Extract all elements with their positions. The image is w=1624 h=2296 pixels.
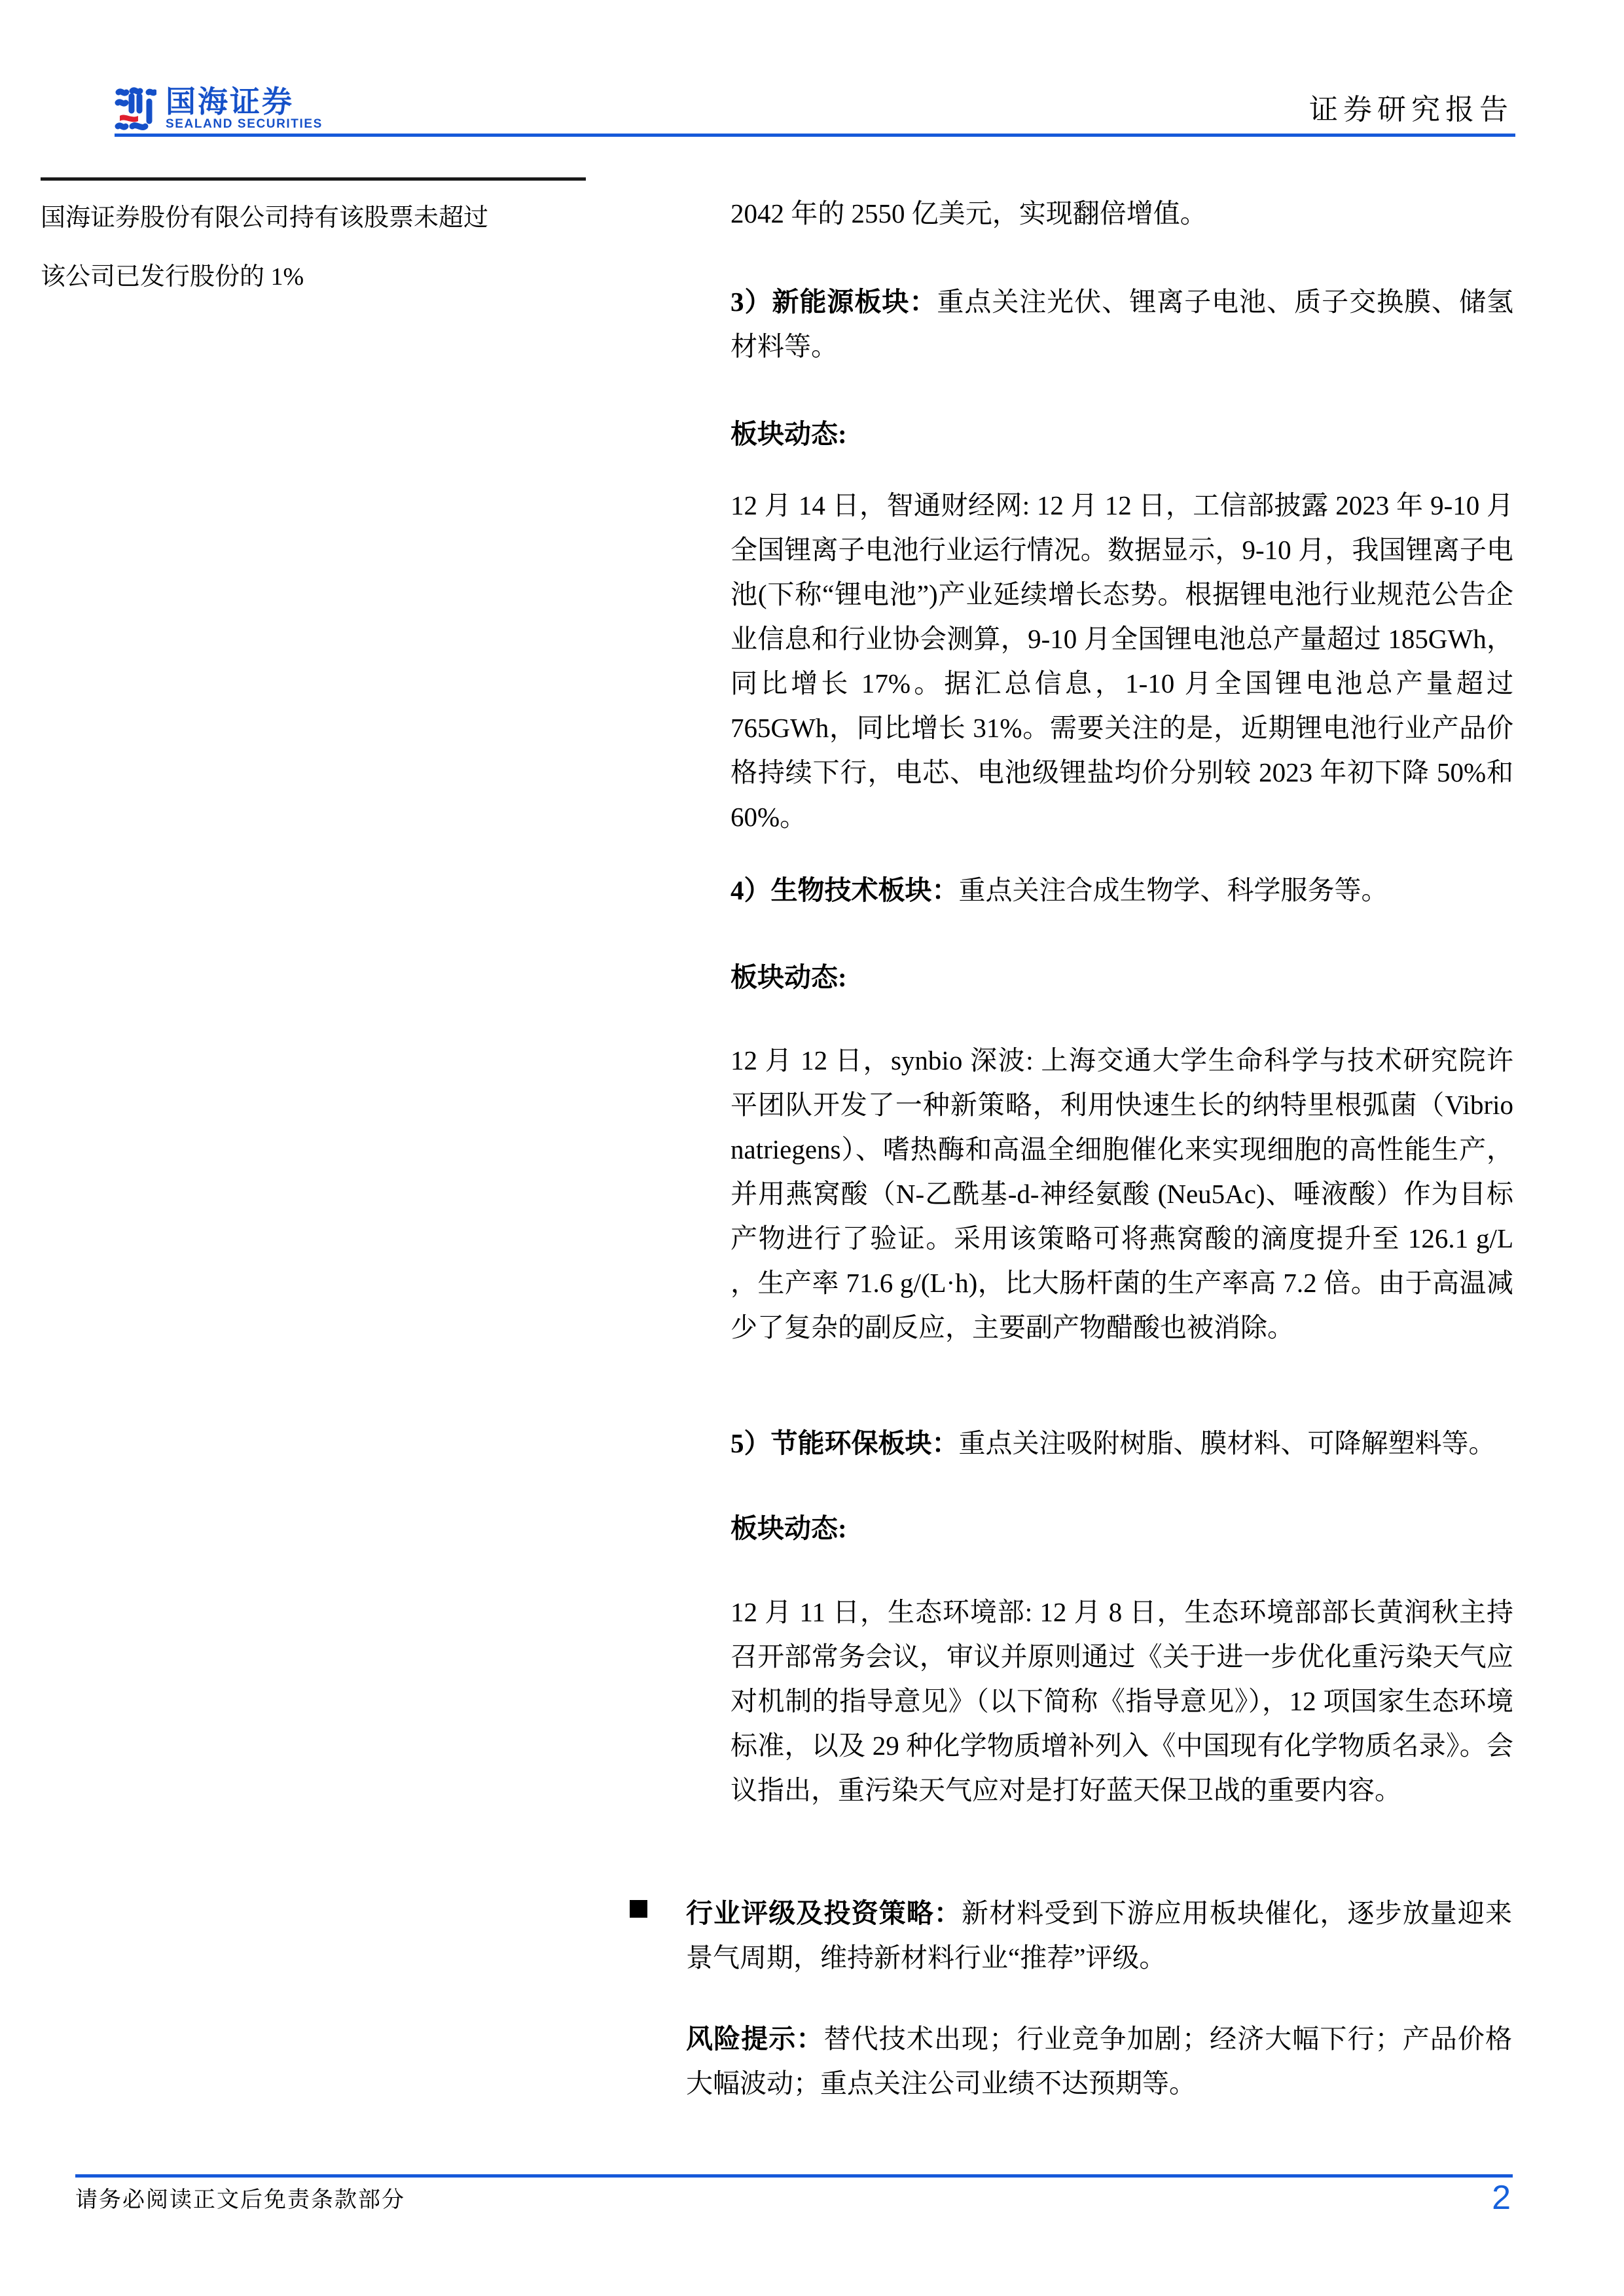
section-biotech-text: 重点关注合成生物学、科学服务等。 [959, 875, 1388, 905]
section-new-energy-lead: 3）新能源板块： [731, 287, 937, 317]
paragraph-intro-valuation: 2042 年的 2550 亿美元，实现翻倍增值。 [731, 191, 1513, 236]
footer-rule [75, 2174, 1513, 2178]
paragraph-risk-warning: 风险提示：替代技术出现；行业竞争加剧；经济大幅下行；产品价格大幅波动；重点关注公… [686, 2017, 1512, 2106]
logo-wordmark: 国海证券 SEALAND SECURITIES [166, 87, 323, 132]
heading-sector-dynamics-3: 板块动态: [731, 1506, 1513, 1551]
paragraph-section-energy-saving: 5）节能环保板块：重点关注吸附树脂、膜材料、可降解塑料等。 [731, 1421, 1513, 1465]
paragraph-news-environment: 12 月 11 日，生态环境部: 12 月 8 日，生态环境部部长黄润秋主持召开… [731, 1590, 1513, 1812]
industry-rating-lead: 行业评级及投资策略： [686, 1898, 962, 1928]
square-bullet-icon [630, 1900, 647, 1918]
section-energy-saving-lead: 5）节能环保板块： [731, 1428, 959, 1458]
heading-sector-dynamics-2: 板块动态: [731, 955, 1513, 999]
footer-disclaimer: 请务必阅读正文后免责条款部分 [75, 2185, 405, 2216]
header-rule [115, 134, 1515, 137]
paragraph-section-new-energy: 3）新能源板块：重点关注光伏、锂离子电池、质子交换膜、储氢材料等。 [731, 279, 1513, 368]
paragraph-news-lithium-battery: 12 月 14 日，智通财经网: 12 月 12 日，工信部披露 2023 年 … [731, 483, 1513, 839]
section-biotech-lead: 4）生物技术板块： [731, 875, 959, 905]
logo-name-en: SEALAND SECURITIES [166, 117, 323, 132]
sidebar-rule [41, 177, 586, 181]
sealand-wave-logo-icon [115, 87, 156, 132]
sidebar-holding-note: 国海证券股份有限公司持有该股票未超过该公司已发行股份的 1% [41, 188, 499, 306]
heading-sector-dynamics-1: 板块动态: [731, 412, 1513, 456]
paragraph-section-biotech: 4）生物技术板块：重点关注合成生物学、科学服务等。 [731, 868, 1513, 912]
report-type-label: 证券研究报告 [1309, 94, 1513, 126]
logo-name-cn: 国海证券 [166, 87, 323, 116]
paragraph-news-synbio: 12 月 12 日，synbio 深波: 上海交通大学生命科学与技术研究院许平团… [731, 1038, 1513, 1350]
report-page: 国海证券 SEALAND SECURITIES 证券研究报告 国海证券股份有限公… [0, 0, 1624, 2296]
section-energy-saving-text: 重点关注吸附树脂、膜材料、可降解塑料等。 [959, 1428, 1496, 1458]
page-number: 2 [1492, 2179, 1511, 2216]
paragraph-industry-rating: 行业评级及投资策略：新材料受到下游应用板块催化，逐步放量迎来景气周期，维持新材料… [686, 1891, 1512, 1980]
risk-warning-lead: 风险提示： [686, 2024, 824, 2054]
sealand-logo: 国海证券 SEALAND SECURITIES [115, 87, 323, 132]
